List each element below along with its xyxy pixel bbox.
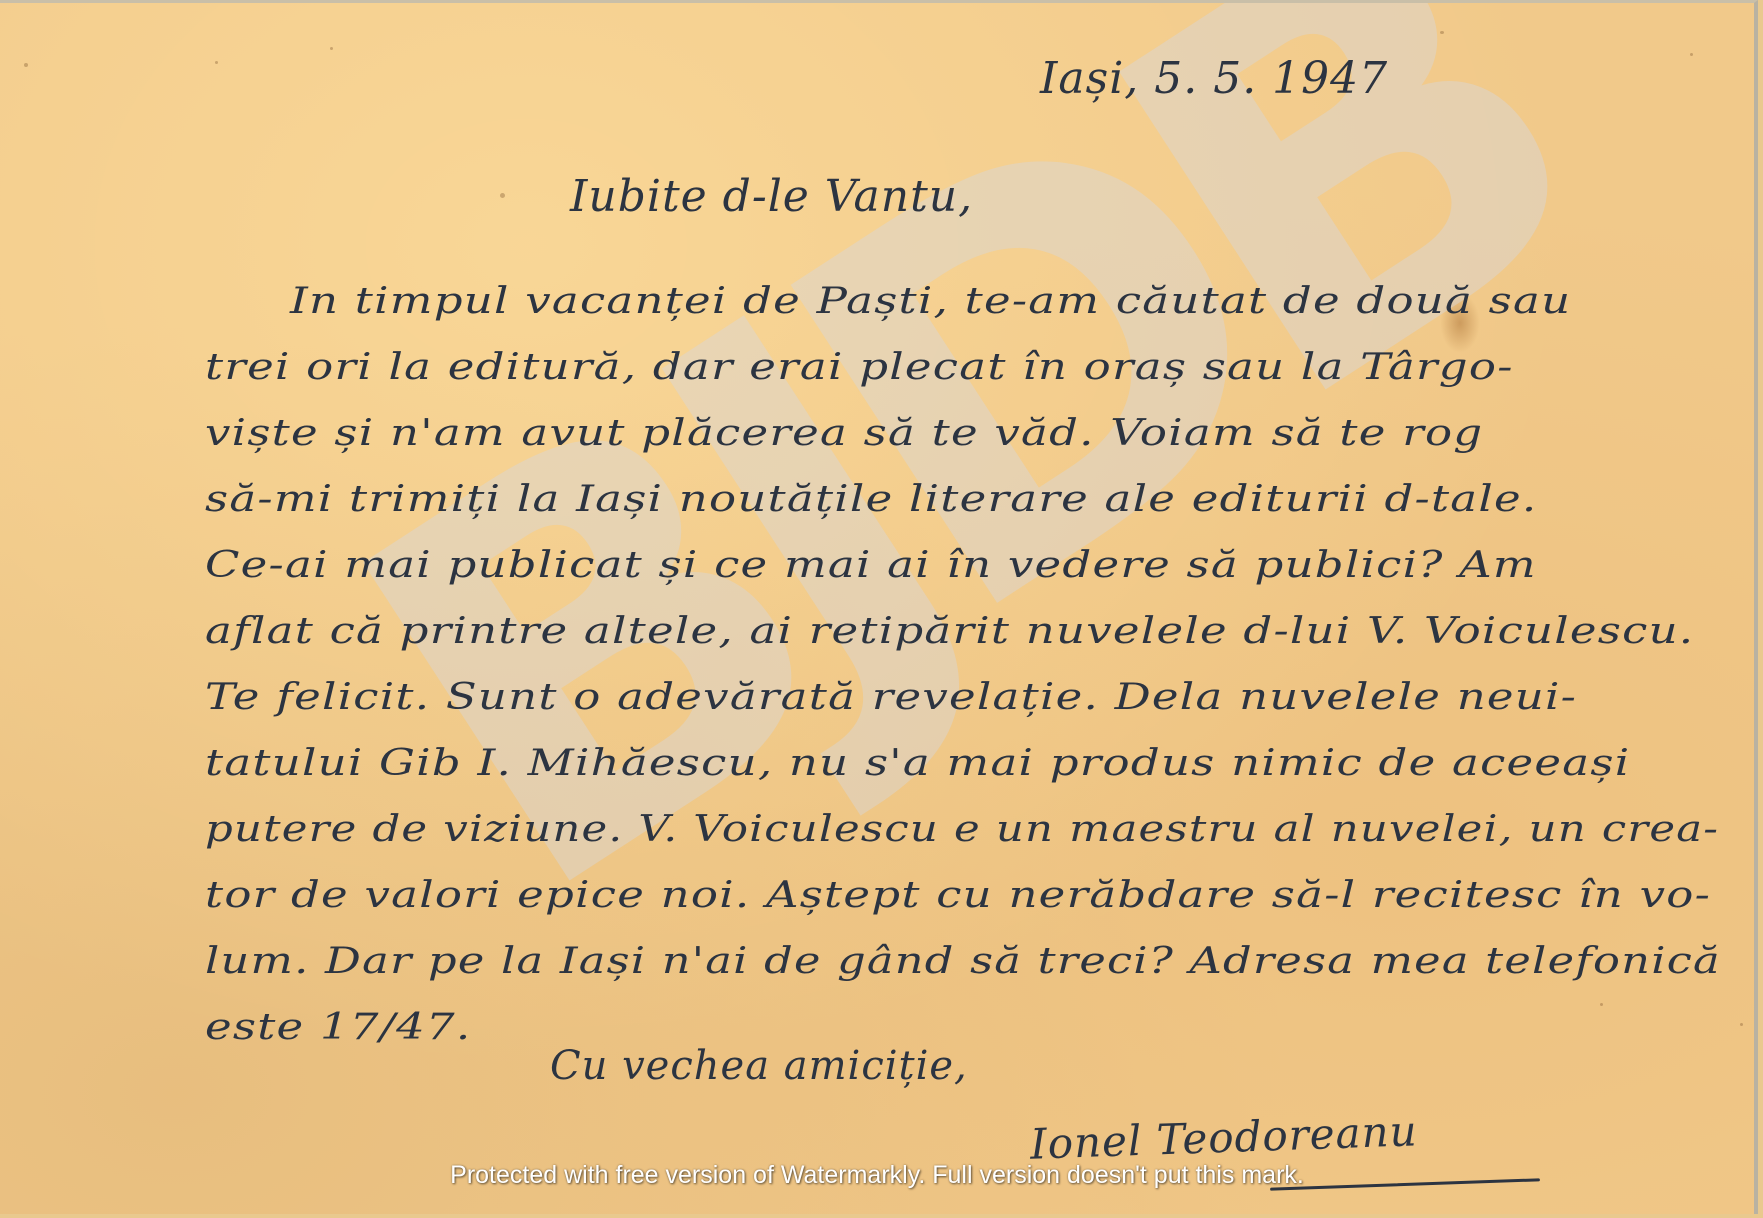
letter-date: Iași, 5. 5. 1947 <box>1040 53 1388 104</box>
letter-body-line: Te felicit. Sunt o adevărată revelație. … <box>205 677 1577 718</box>
letter-body-line: trei ori la editură, dar erai plecat în … <box>205 347 1514 388</box>
paper-speck <box>24 63 28 67</box>
watermark-notice: Protected with free version of Watermark… <box>0 1161 1754 1190</box>
paper-speck <box>215 61 218 64</box>
paper-speck <box>1690 53 1693 56</box>
paper-speck <box>500 193 505 198</box>
letter-body-line: Ce-ai mai publicat și ce mai ai în veder… <box>205 545 1537 586</box>
letter-signature: Ionel Teodoreanu <box>1029 1106 1418 1169</box>
paper-speck <box>1740 1023 1743 1026</box>
letter-body-line: putere de viziune. V. Voiculescu e un ma… <box>205 809 1719 850</box>
postcard: BJDB Iași, 5. 5. 1947 Iubite d-le Vantu,… <box>0 0 1758 1214</box>
paper-speck <box>1440 31 1444 34</box>
letter-salutation: Iubite d-le Vantu, <box>570 171 973 222</box>
paper-speck <box>1600 1003 1603 1006</box>
letter-body-line: aflat că printre altele, ai retipărit nu… <box>205 611 1694 652</box>
letter-body-line: să-mi trimiți la Iași noutățile literare… <box>205 479 1537 520</box>
letter-body-line: tatului Gib I. Mihăescu, nu s'a mai prod… <box>205 743 1630 784</box>
paper-speck <box>330 47 333 50</box>
letter-body-line: In timpul vacanței de Paști, te-am căuta… <box>290 281 1571 322</box>
letter-body-line: viște și n'am avut plăcerea să te văd. V… <box>205 413 1483 454</box>
signature-flourish <box>1270 1178 1540 1190</box>
letter-closing: Cu vechea amiciție, <box>550 1043 968 1089</box>
letter-body-line: lum. Dar pe la Iași n'ai de gând să trec… <box>205 941 1721 982</box>
letter-body-line: tor de valori epice noi. Aștept cu nerăb… <box>205 875 1711 916</box>
letter-body-line: este 17/47. <box>205 1007 471 1048</box>
